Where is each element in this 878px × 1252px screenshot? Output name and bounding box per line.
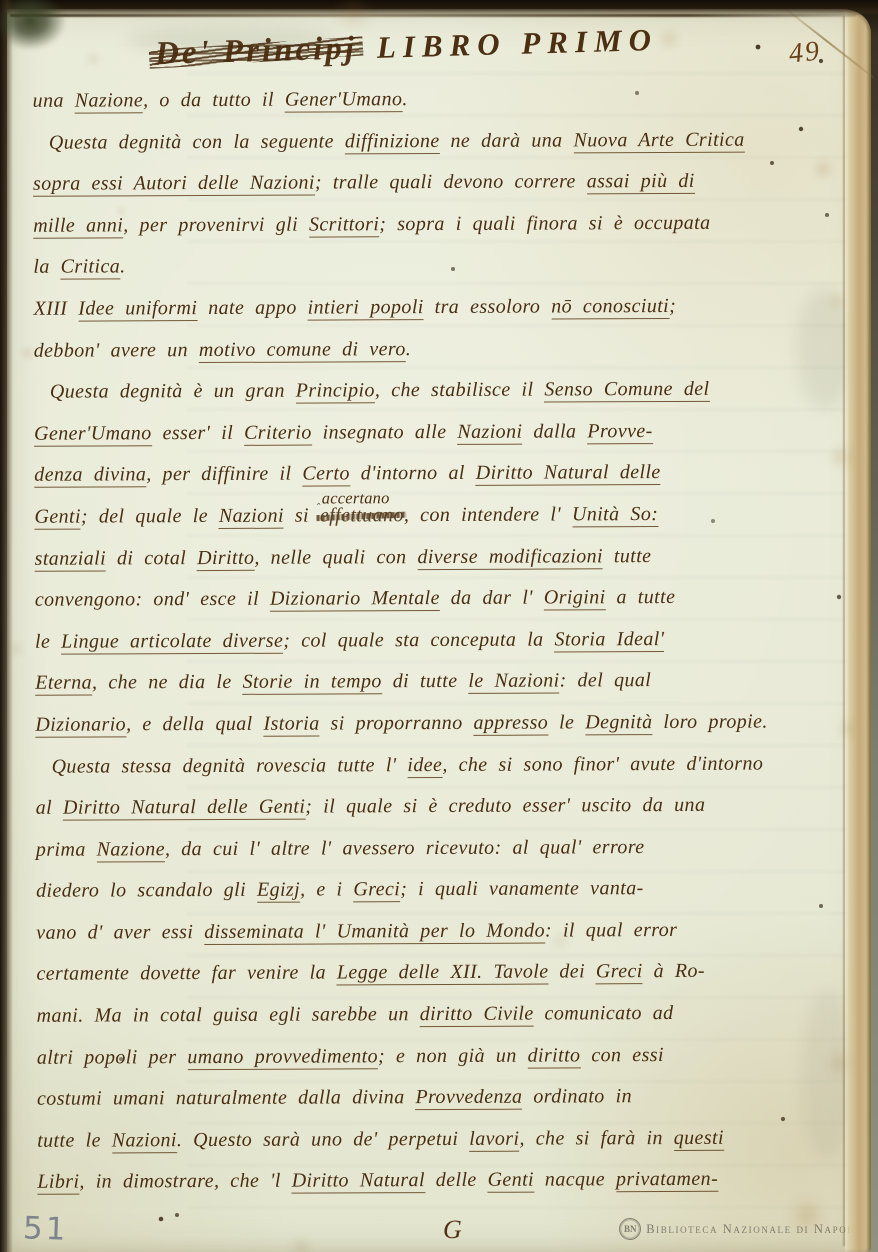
manuscript-line: vano d' aver essi disseminata l' Umanità… <box>36 909 848 954</box>
manuscript-line: Questa degnità con la seguente diffinizi… <box>33 119 845 164</box>
manuscript-line: Libri, in dimostrare, che 'l Diritto Nat… <box>37 1159 849 1204</box>
manuscript-line: tutte le Nazioni. Questo sarà uno de' pe… <box>37 1117 849 1162</box>
library-watermark-label: Biblioteca Nazionale di Napoli <box>646 1222 859 1237</box>
library-monogram-icon: BN <box>619 1218 641 1240</box>
page-header: De' Principj LIBRO PRIMO <box>155 22 659 73</box>
manuscript-line: sopra essi Autori delle Nazioni; tralle … <box>33 160 845 205</box>
gathering-signature: G <box>443 1215 462 1245</box>
inline-correction: accertanoˆeffettuano <box>320 495 404 537</box>
manuscript-line: certamente dovette far venire la Legge d… <box>36 951 848 996</box>
binding-gutter-shadow <box>0 0 13 1252</box>
manuscript-line: stanziali di cotal Diritto, nelle quali … <box>35 535 847 580</box>
manuscript-line: la Critica. <box>33 244 845 289</box>
manuscript-line: altri popoli per umano provvedimento; e … <box>37 1034 849 1079</box>
manuscript-line: Questa stessa degnità rovescia tutte l' … <box>35 743 847 788</box>
binding-top-line <box>10 14 856 17</box>
manuscript-line: convengono: ond' esce il Dizionario Ment… <box>35 576 847 621</box>
struck-out-title: De' Principj <box>155 30 358 73</box>
manuscript-line: una Nazione, o da tutto il Gener'Umano. <box>33 77 845 122</box>
manuscript-scan: De' Principj LIBRO PRIMO 49 una Nazione,… <box>0 0 878 1252</box>
manuscript-line: diedero lo scandalo gli Egizj, e i Greci… <box>36 868 848 913</box>
manuscript-page: De' Principj LIBRO PRIMO 49 una Nazione,… <box>7 9 869 1252</box>
pencil-folio-number: 51 <box>22 1210 69 1248</box>
manuscript-line: le Lingue articolate diverse; col quale … <box>35 618 847 663</box>
manuscript-line: al Diritto Natural delle Genti; il quale… <box>36 784 848 829</box>
corner-stain <box>0 0 66 50</box>
manuscript-line: Genti; del quale le Nazioni si accertano… <box>34 493 846 538</box>
manuscript-line: costumi umani naturalmente dalla divina … <box>37 1075 849 1120</box>
folio-number: 49 <box>787 35 822 70</box>
manuscript-line: debbon' avere un motivo comune di vero. <box>34 327 846 372</box>
manuscript-line: XIII Idee uniformi nate appo intieri pop… <box>33 285 845 330</box>
library-watermark: BN Biblioteca Nazionale di Napoli <box>619 1218 859 1240</box>
manuscript-line: Eterna, che ne dia le Storie in tempo di… <box>35 660 847 705</box>
manuscript-line: Questa degnità è un gran Principio, che … <box>34 368 846 413</box>
manuscript-body: una Nazione, o da tutto il Gener'Umano.Q… <box>33 77 850 1204</box>
manuscript-line: denza divina, per diffinire il Certo d'i… <box>34 452 846 497</box>
manuscript-line: Gener'Umano esser' il Criterio insegnato… <box>34 410 846 455</box>
manuscript-line: mani. Ma in cotal guisa egli sarebbe un … <box>37 992 849 1037</box>
ink-specks <box>0 0 2 2</box>
page-title: LIBRO PRIMO <box>376 22 658 66</box>
manuscript-line: Dizionario, e della qual Istoria si prop… <box>35 701 847 746</box>
book-page-edge <box>845 10 871 1252</box>
manuscript-line: mille anni, per provenirvi gli Scrittori… <box>33 202 845 247</box>
manuscript-line: prima Nazione, da cui l' altre l' avesse… <box>36 826 848 871</box>
